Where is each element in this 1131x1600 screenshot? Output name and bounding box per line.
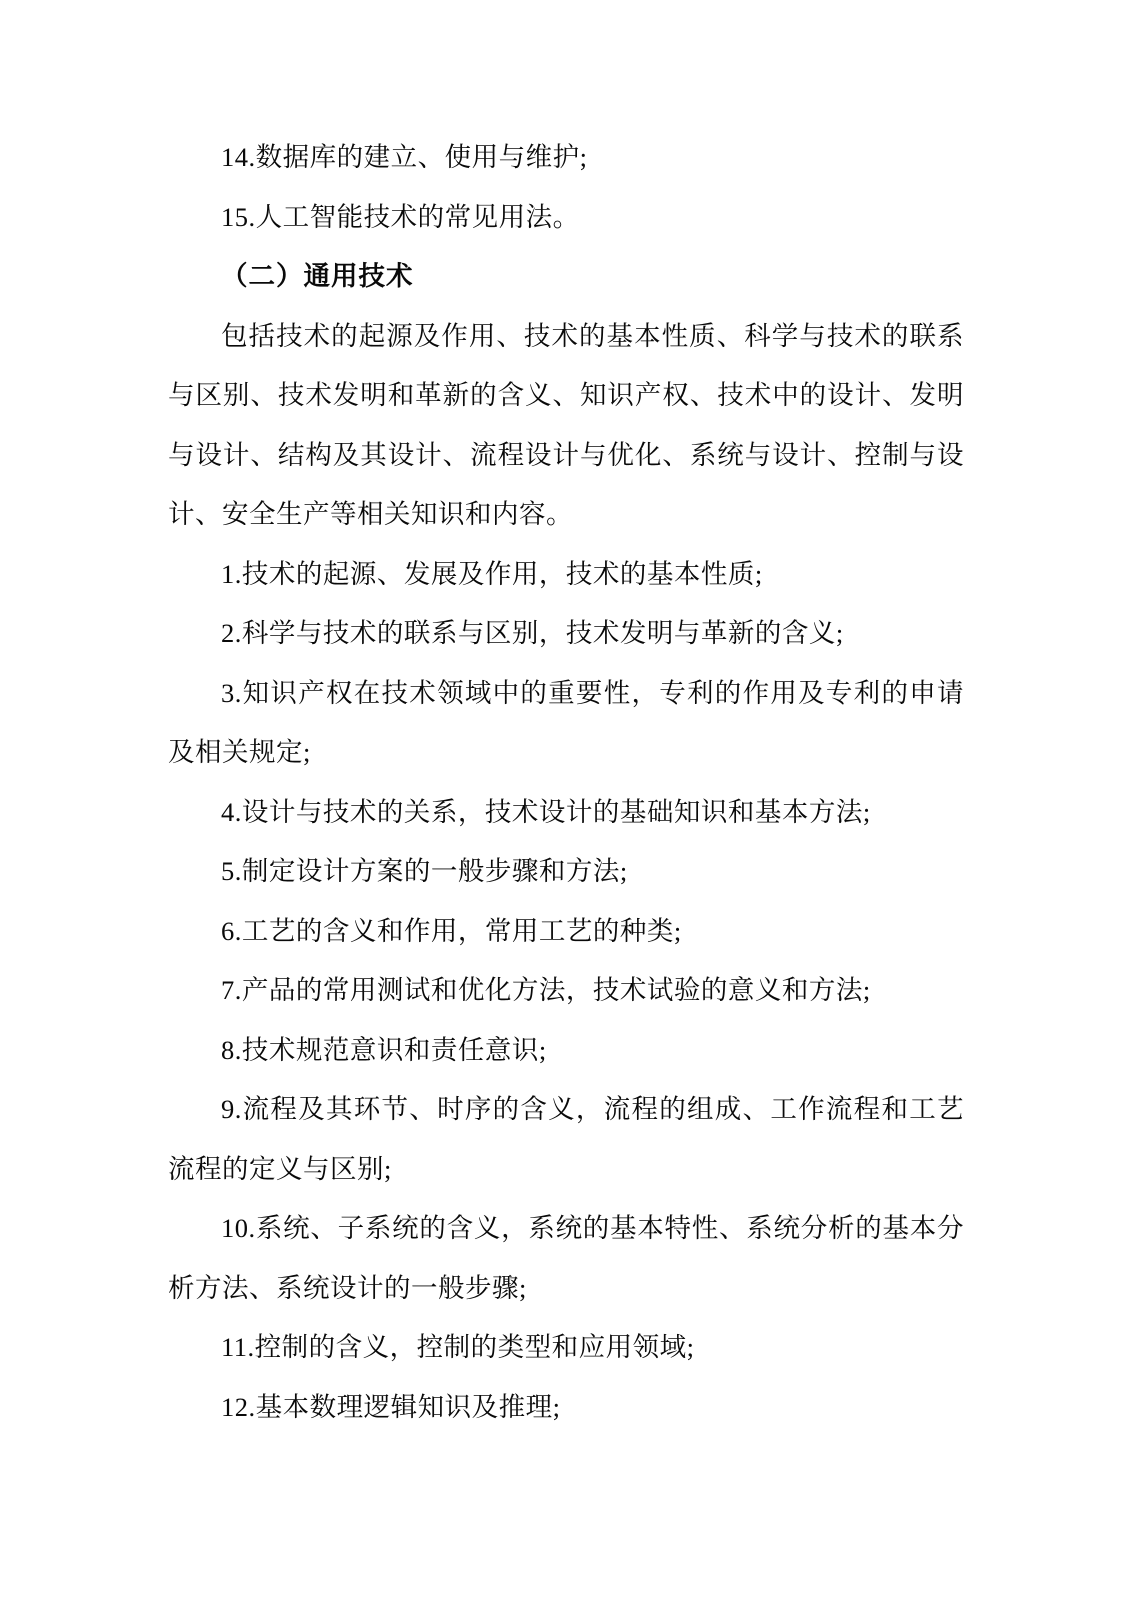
- document-content: 14.数据库的建立、使用与维护; 15.人工智能技术的常见用法。 （二）通用技术…: [168, 128, 964, 1437]
- list-item-6: 6.工艺的含义和作用，常用工艺的种类;: [168, 902, 964, 962]
- list-item-4: 4.设计与技术的关系，技术设计的基础知识和基本方法;: [168, 783, 964, 843]
- list-item-15: 15.人工智能技术的常见用法。: [168, 188, 964, 248]
- list-item-5: 5.制定设计方案的一般步骤和方法;: [168, 842, 964, 902]
- list-item-2: 2.科学与技术的联系与区别，技术发明与革新的含义;: [168, 604, 964, 664]
- list-item-14: 14.数据库的建立、使用与维护;: [168, 128, 964, 188]
- document-page: 14.数据库的建立、使用与维护; 15.人工智能技术的常见用法。 （二）通用技术…: [0, 0, 1131, 1600]
- list-item-3: 3.知识产权在技术领域中的重要性，专利的作用及专利的申请及相关规定;: [168, 664, 964, 783]
- list-item-1: 1.技术的起源、发展及作用，技术的基本性质;: [168, 545, 964, 605]
- list-item-12: 12.基本数理逻辑知识及推理;: [168, 1378, 964, 1438]
- list-item-7: 7.产品的常用测试和优化方法，技术试验的意义和方法;: [168, 961, 964, 1021]
- section-heading: （二）通用技术: [168, 247, 964, 307]
- list-item-11: 11.控制的含义，控制的类型和应用领域;: [168, 1318, 964, 1378]
- list-item-9: 9.流程及其环节、时序的含义，流程的组成、工作流程和工艺流程的定义与区别;: [168, 1080, 964, 1199]
- section-intro: 包括技术的起源及作用、技术的基本性质、科学与技术的联系与区别、技术发明和革新的含…: [168, 307, 964, 545]
- list-item-8: 8.技术规范意识和责任意识;: [168, 1021, 964, 1081]
- list-item-10: 10.系统、子系统的含义，系统的基本特性、系统分析的基本分析方法、系统设计的一般…: [168, 1199, 964, 1318]
